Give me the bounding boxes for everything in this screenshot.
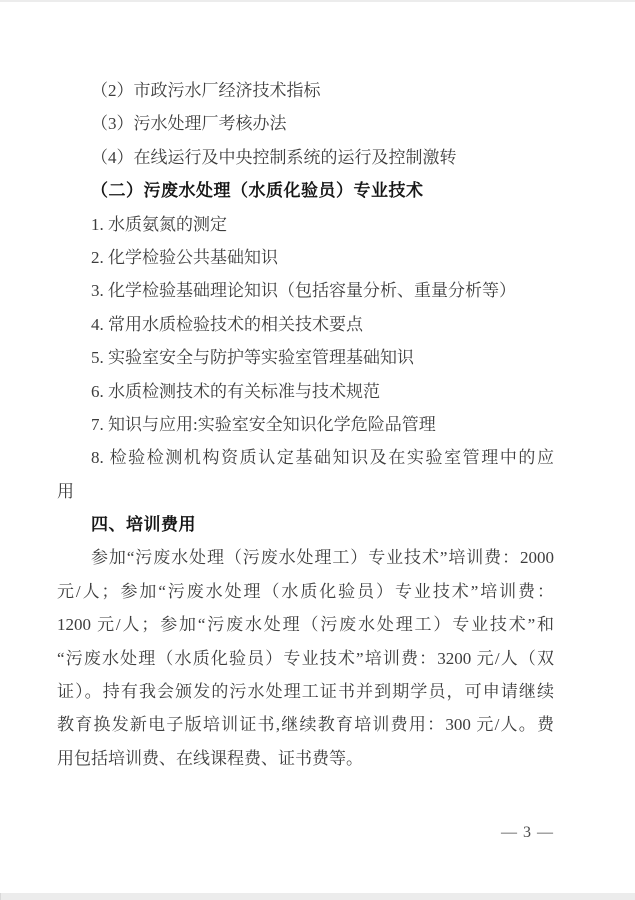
paragraph: （4）在线运行及中央控制系统的运行及控制激转 [57, 141, 554, 174]
document-page: （2）市政污水厂经济技术指标（3）污水处理厂考核办法（4）在线运行及中央控制系统… [0, 0, 635, 900]
paragraph: 7. 知识与应用:实验室安全知识化学危险品管理 [57, 408, 554, 441]
text-line: 1. 水质氨氮的测定 [57, 208, 554, 241]
paragraph: 5. 实验室安全与防护等实验室管理基础知识 [57, 341, 554, 374]
text-line: （二）污废水处理（水质化验员）专业技术 [57, 174, 554, 207]
paragraph: 3. 化学检验基础理论知识（包括容量分析、重量分析等） [57, 274, 554, 307]
paragraph: （3）污水处理厂考核办法 [57, 107, 554, 140]
heading-paragraph: （二）污废水处理（水质化验员）专业技术 [57, 174, 554, 207]
text-line: 用包括培训费、在线课程费、证书费等。 [57, 742, 554, 775]
text-line: 8. 检验检测机构资质认定基础知识及在实验室管理中的应 [57, 441, 554, 474]
text-line: （3）污水处理厂考核办法 [57, 107, 554, 140]
heading-paragraph: 四、培训费用 [57, 508, 554, 541]
text-line: 用 [57, 475, 554, 508]
text-line: 3. 化学检验基础理论知识（包括容量分析、重量分析等） [57, 274, 554, 307]
text-line: 2. 化学检验公共基础知识 [57, 241, 554, 274]
paragraph: 2. 化学检验公共基础知识 [57, 241, 554, 274]
page-number: — 3 — [57, 823, 554, 843]
text-line: 6. 水质检测技术的有关标准与技术规范 [57, 375, 554, 408]
text-line: 四、培训费用 [57, 508, 554, 541]
document-body: （2）市政污水厂经济技术指标（3）污水处理厂考核办法（4）在线运行及中央控制系统… [57, 74, 554, 843]
paragraph: （2）市政污水厂经济技术指标 [57, 74, 554, 107]
text-line: （2）市政污水厂经济技术指标 [57, 74, 554, 107]
text-line: 7. 知识与应用:实验室安全知识化学危险品管理 [57, 408, 554, 441]
paragraph: 4. 常用水质检验技术的相关技术要点 [57, 308, 554, 341]
text-line: 5. 实验室安全与防护等实验室管理基础知识 [57, 341, 554, 374]
text-line: 参加“污废水处理（污废水处理工）专业技术”培训费：2000 [57, 541, 554, 574]
page-edge-bottom [0, 893, 635, 900]
text-line: 元/人；参加“污废水处理（水质化验员）专业技术”培训费： [57, 575, 554, 608]
paragraph: 6. 水质检测技术的有关标准与技术规范 [57, 375, 554, 408]
text-line: 教育换发新电子版培训证书,继续教育培训费用：300 元/人。费 [57, 708, 554, 741]
text-line: 1200 元/人；参加“污废水处理（污废水处理工）专业技术”和 [57, 608, 554, 641]
text-line: “污废水处理（水质化验员）专业技术”培训费：3200 元/人（双 [57, 642, 554, 675]
page-edge-top [0, 0, 635, 2]
paragraph: 参加“污废水处理（污废水处理工）专业技术”培训费：2000元/人；参加“污废水处… [57, 541, 554, 775]
paragraph: 8. 检验检测机构资质认定基础知识及在实验室管理中的应用 [57, 441, 554, 508]
text-line: 4. 常用水质检验技术的相关技术要点 [57, 308, 554, 341]
paragraph: 1. 水质氨氮的测定 [57, 208, 554, 241]
text-line: （4）在线运行及中央控制系统的运行及控制激转 [57, 141, 554, 174]
text-line: 证）。持有我会颁发的污水处理工证书并到期学员，可申请继续 [57, 675, 554, 708]
